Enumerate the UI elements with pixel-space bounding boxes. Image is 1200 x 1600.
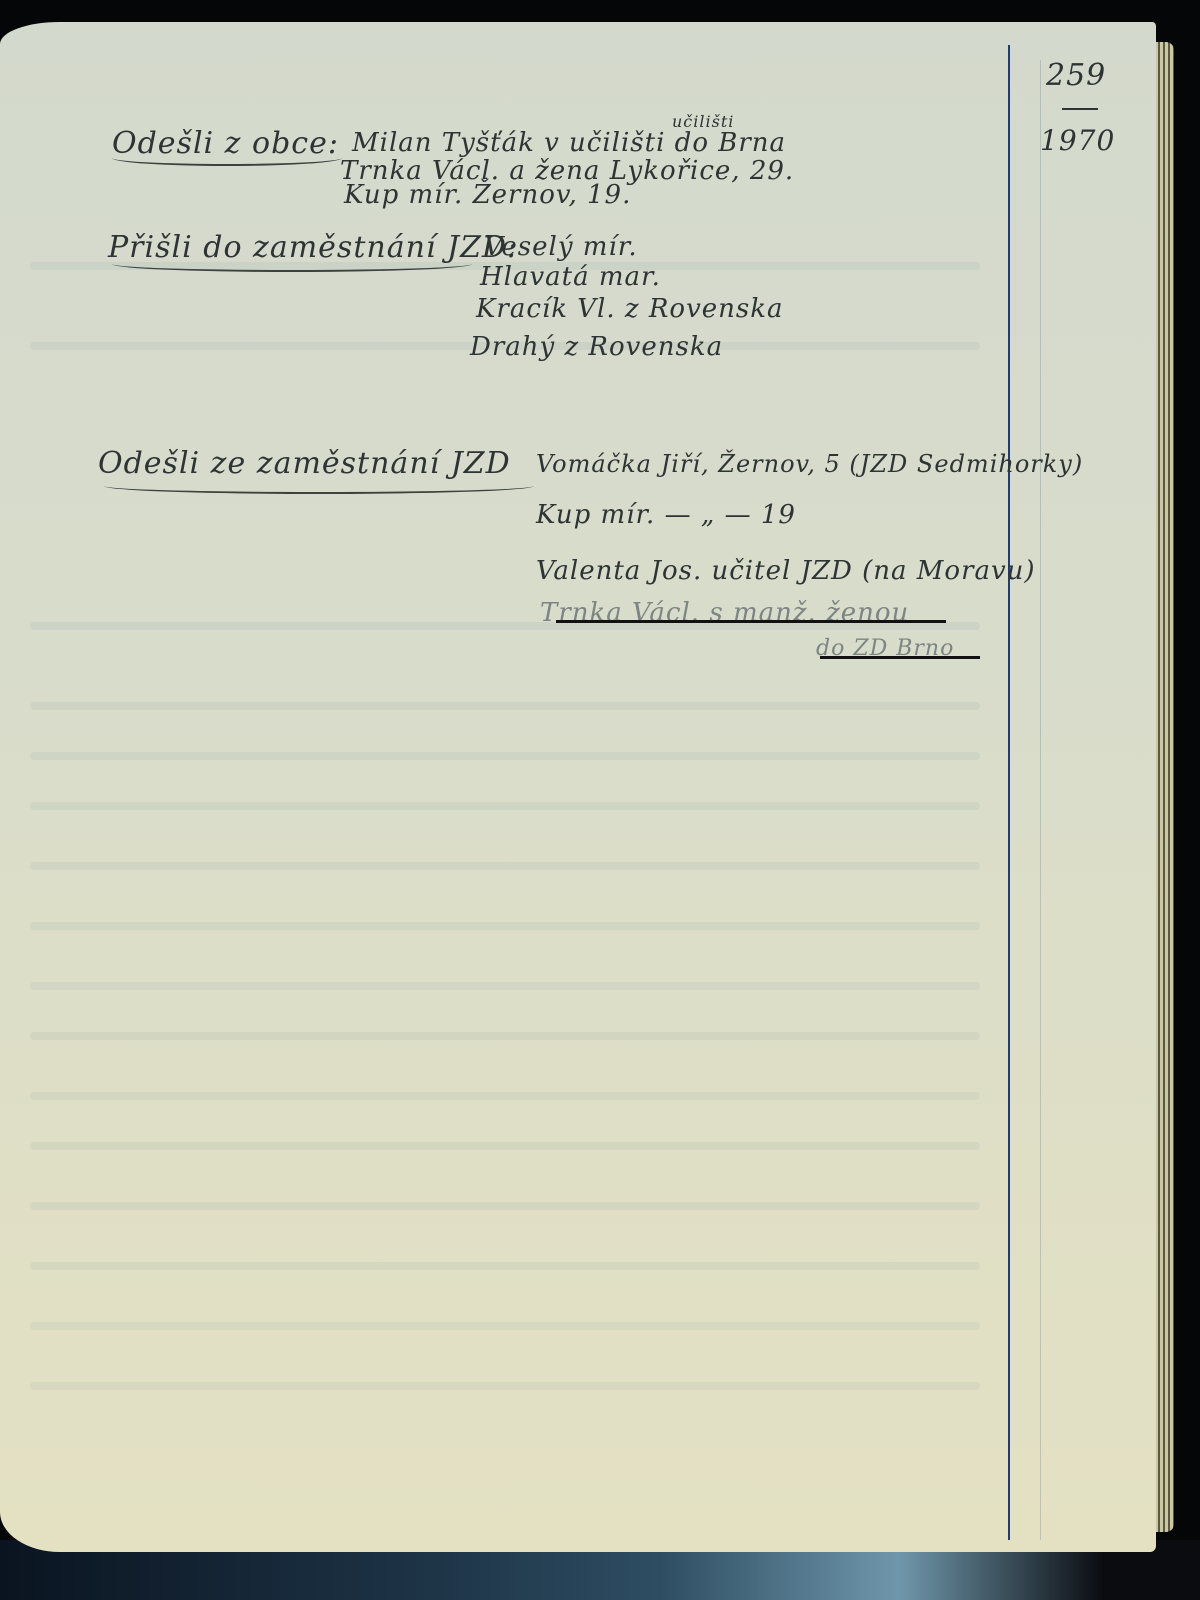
year: 1970	[1040, 124, 1115, 157]
heading-underline	[112, 150, 342, 166]
entry: Kup mír. Žernov, 19.	[344, 180, 631, 210]
entry: Kup mír. — „ — 19	[536, 500, 796, 530]
entry: Milan Tyšťák v učilišti do Brna	[352, 128, 786, 158]
bleed-through	[30, 982, 980, 990]
page-number: 259	[1046, 58, 1106, 93]
bleed-through	[30, 752, 980, 760]
bleed-through	[30, 802, 980, 810]
entry: Drahý z Rovenska	[470, 332, 723, 362]
bleed-through	[30, 1032, 980, 1040]
bleed-through	[30, 862, 980, 870]
page-number-divider	[1062, 108, 1098, 110]
strikethrough-line	[556, 620, 946, 623]
bleed-through	[30, 1092, 980, 1100]
margin-rule	[1008, 45, 1010, 1540]
entry: Veselý mír.	[484, 232, 638, 262]
bleed-through	[30, 1382, 980, 1390]
bleed-through	[30, 922, 980, 930]
bleed-through	[30, 1262, 980, 1270]
bleed-through	[30, 702, 980, 710]
entry: Valenta Jos. učitel JZD (na Moravu)	[536, 556, 1036, 586]
bleed-through	[30, 1202, 980, 1210]
heading-underline	[112, 256, 472, 272]
margin-rule-faint	[1040, 60, 1041, 1540]
struck-entry: Trnka Václ. s manž. ženou	[540, 598, 909, 628]
entry: Kracík Vl. z Rovenska	[476, 294, 783, 324]
bleed-through	[30, 1322, 980, 1330]
bleed-through	[30, 1142, 980, 1150]
heading-underline	[104, 478, 534, 494]
strikethrough-line	[820, 656, 980, 659]
section-heading-odesli-ze-zamestnani: Odešli ze zaměstnání JZD	[98, 446, 511, 481]
entry: Hlavatá mar.	[480, 262, 661, 292]
entry: Vomáčka Jiří, Žernov, 5 (JZD Sedmihorky)	[536, 450, 1083, 478]
